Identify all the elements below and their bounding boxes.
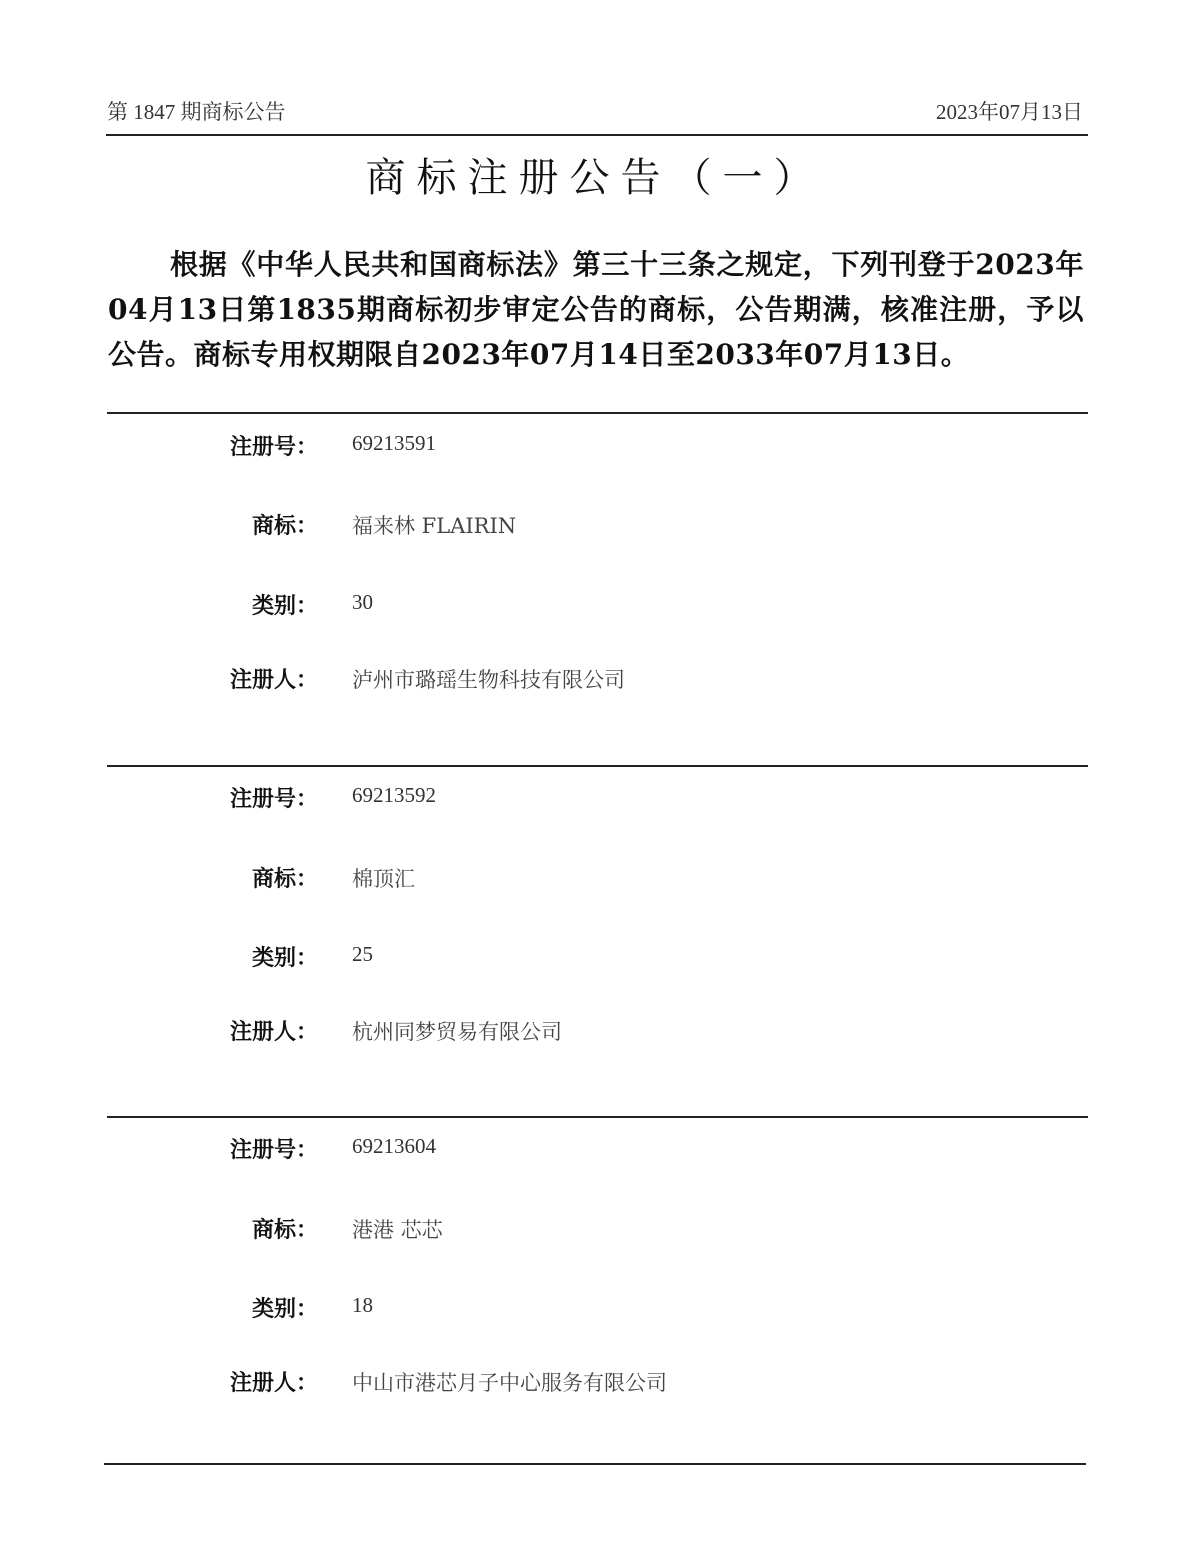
record-divider bbox=[107, 412, 1088, 414]
field-class: 类别： 30 bbox=[0, 589, 1190, 621]
field-mark: 商标： 福来林 FLAIRIN bbox=[0, 509, 1190, 541]
reg-no-value: 69213604 bbox=[352, 1134, 436, 1159]
issue-date: 2023年07月13日 bbox=[936, 96, 1083, 126]
header-divider bbox=[106, 134, 1088, 136]
field-label: 商标： bbox=[252, 1213, 318, 1244]
reg-no-value: 69213592 bbox=[352, 783, 436, 808]
class-value: 25 bbox=[352, 942, 373, 967]
field-label: 类别： bbox=[252, 941, 318, 972]
intro-paragraph: 根据《中华人民共和国商标法》第三十三条之规定，下列刊登于2023年04月13日第… bbox=[108, 242, 1084, 377]
field-label: 注册号： bbox=[230, 430, 318, 461]
mark-value: 福来林 FLAIRIN bbox=[352, 510, 516, 540]
class-value: 30 bbox=[352, 590, 373, 615]
field-label: 注册人： bbox=[230, 1366, 318, 1397]
registrant-value: 泸州市璐瑶生物科技有限公司 bbox=[352, 664, 625, 694]
mark-value: 港港 芯芯 bbox=[352, 1214, 443, 1244]
mark-value: 棉顶汇 bbox=[352, 863, 415, 893]
field-label: 商标： bbox=[252, 509, 318, 540]
field-registrant: 注册人： 中山市港芯月子中心服务有限公司 bbox=[0, 1366, 1190, 1398]
page-header: 第 1847 期商标公告 2023年07月13日 bbox=[107, 96, 1085, 126]
field-label: 类别： bbox=[252, 589, 318, 620]
field-class: 类别： 18 bbox=[0, 1292, 1190, 1324]
class-value: 18 bbox=[352, 1293, 373, 1318]
reg-no-value: 69213591 bbox=[352, 431, 436, 456]
record-divider bbox=[107, 765, 1088, 767]
field-label: 商标： bbox=[252, 862, 318, 893]
field-mark: 商标： 港港 芯芯 bbox=[0, 1213, 1190, 1245]
field-label: 注册人： bbox=[230, 663, 318, 694]
field-label: 注册号： bbox=[230, 1133, 318, 1164]
issue-number: 第 1847 期商标公告 bbox=[107, 96, 286, 126]
field-class: 类别： 25 bbox=[0, 941, 1190, 973]
bottom-divider bbox=[104, 1463, 1086, 1465]
page-title: 商标注册公告（一） bbox=[0, 146, 1190, 203]
field-mark: 商标： 棉顶汇 bbox=[0, 862, 1190, 894]
field-reg-no: 注册号： 69213604 bbox=[0, 1133, 1190, 1165]
field-label: 类别： bbox=[252, 1292, 318, 1323]
field-label: 注册号： bbox=[230, 782, 318, 813]
field-registrant: 注册人： 杭州同梦贸易有限公司 bbox=[0, 1015, 1190, 1047]
field-reg-no: 注册号： 69213591 bbox=[0, 430, 1190, 462]
registrant-value: 杭州同梦贸易有限公司 bbox=[352, 1016, 562, 1046]
field-reg-no: 注册号： 69213592 bbox=[0, 782, 1190, 814]
record-divider bbox=[107, 1116, 1088, 1118]
registrant-value: 中山市港芯月子中心服务有限公司 bbox=[352, 1367, 667, 1397]
field-label: 注册人： bbox=[230, 1015, 318, 1046]
field-registrant: 注册人： 泸州市璐瑶生物科技有限公司 bbox=[0, 663, 1190, 695]
